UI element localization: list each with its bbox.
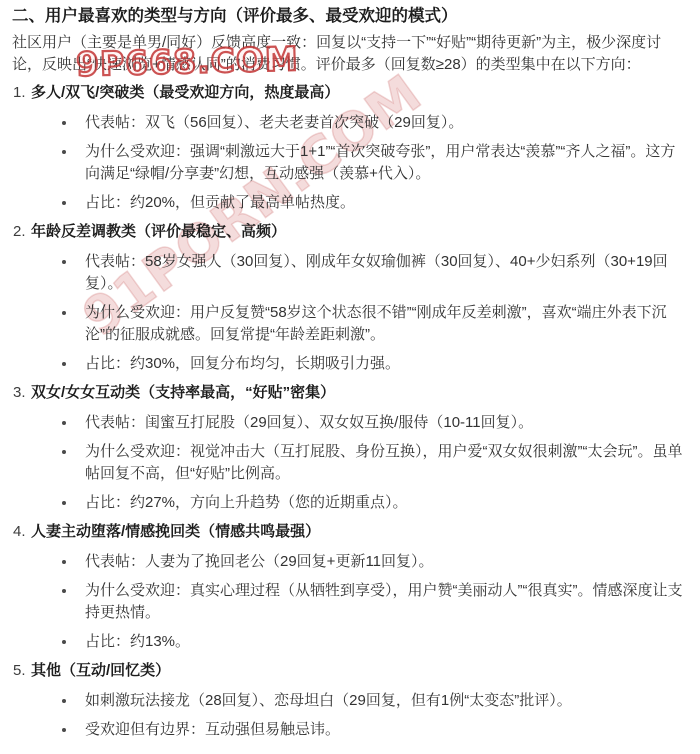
bullet-item: 代表帖：双飞（56回复）、老夫老妻首次突破（29回复）。 xyxy=(85,112,686,134)
bullet-item: 占比：约27%，方向上升趋势（您的近期重点）。 xyxy=(85,492,686,514)
section-number: 1. xyxy=(13,82,31,104)
section-item-5: 5. 其他（互动/回忆类） 如刺激玩法接龙（28回复）、恋母坦白（29回复，但有… xyxy=(12,660,686,741)
bullet-item: 为什么受欢迎：视觉冲击大（互打屁股、身份互换），用户爱“双女奴很刺激”“太会玩”… xyxy=(85,441,686,485)
section-list: 1. 多人/双飞/突破类（最受欢迎方向，热度最高） 代表帖：双飞（56回复）、老… xyxy=(12,82,686,741)
bullet-item: 代表帖：58岁女强人（30回复）、刚成年女奴瑜伽裤（30回复）、40+少妇系列（… xyxy=(85,251,686,295)
bullet-item: 为什么受欢迎：强调“刺激远大于1+1”“首次突破夸张”，用户常表达“羡慕”“齐人… xyxy=(85,141,686,185)
intro-paragraph: 社区用户（主要是单男/同好）反馈高度一致：回复以“支持一下”“好贴”“期待更新”… xyxy=(12,32,686,76)
section-heading: 其他（互动/回忆类） xyxy=(31,662,170,679)
bullet-list: 代表帖：双飞（56回复）、老夫老妻首次突破（29回复）。 为什么受欢迎：强调“刺… xyxy=(31,112,686,214)
section-item-1: 1. 多人/双飞/突破类（最受欢迎方向，热度最高） 代表帖：双飞（56回复）、老… xyxy=(12,82,686,214)
bullet-list: 代表帖：闺蜜互打屁股（29回复）、双女奴互换/服侍（10-11回复）。 为什么受… xyxy=(31,412,686,514)
bullet-item: 占比：约13%。 xyxy=(85,631,686,653)
section-number: 3. xyxy=(13,382,31,404)
page-title: 二、用户最喜欢的类型与方向（评价最多、最受欢迎的模式） xyxy=(12,4,686,28)
bullet-list: 如刺激玩法接龙（28回复）、恋母坦白（29回复，但有1例“太变态”批评）。 受欢… xyxy=(31,690,686,741)
section-item-4: 4. 人妻主动堕落/情感挽回类（情感共鸣最强） 代表帖：人妻为了挽回老公（29回… xyxy=(12,521,686,653)
section-heading: 双女/女女互动类（支持率最高，“好贴”密集） xyxy=(31,384,335,401)
bullet-list: 代表帖：人妻为了挽回老公（29回复+更新11回复）。 为什么受欢迎：真实心理过程… xyxy=(31,551,686,653)
bullet-item: 代表帖：闺蜜互打屁股（29回复）、双女奴互换/服侍（10-11回复）。 xyxy=(85,412,686,434)
section-heading: 人妻主动堕落/情感挽回类（情感共鸣最强） xyxy=(31,523,320,540)
section-number: 5. xyxy=(13,660,31,682)
section-heading: 年龄反差调教类（评价最稳定、高频） xyxy=(31,223,286,240)
document-page: 二、用户最喜欢的类型与方向（评价最多、最受欢迎的模式） 社区用户（主要是单男/同… xyxy=(0,0,700,741)
bullet-item: 为什么受欢迎：真实心理过程（从牺牲到享受），用户赞“美丽动人”“很真实”。情感深… xyxy=(85,580,686,624)
section-number: 4. xyxy=(13,521,31,543)
bullet-item: 受欢迎但有边界：互动强但易触忌讳。 xyxy=(85,719,686,741)
bullet-list: 代表帖：58岁女强人（30回复）、刚成年女奴瑜伽裤（30回复）、40+少妇系列（… xyxy=(31,251,686,375)
bullet-item: 如刺激玩法接龙（28回复）、恋母坦白（29回复，但有1例“太变态”批评）。 xyxy=(85,690,686,712)
bullet-item: 为什么受欢迎：用户反复赞“58岁这个状态很不错”“刚成年反差刺激”，喜欢“端庄外… xyxy=(85,302,686,346)
bullet-item: 代表帖：人妻为了挽回老公（29回复+更新11回复）。 xyxy=(85,551,686,573)
section-number: 2. xyxy=(13,221,31,243)
bullet-item: 占比：约30%，回复分布均匀，长期吸引力强。 xyxy=(85,353,686,375)
section-item-2: 2. 年龄反差调教类（评价最稳定、高频） 代表帖：58岁女强人（30回复）、刚成… xyxy=(12,221,686,375)
bullet-item: 占比：约20%，但贡献了最高单帖热度。 xyxy=(85,192,686,214)
section-item-3: 3. 双女/女女互动类（支持率最高，“好贴”密集） 代表帖：闺蜜互打屁股（29回… xyxy=(12,382,686,514)
section-heading: 多人/双飞/突破类（最受欢迎方向，热度最高） xyxy=(31,84,339,101)
